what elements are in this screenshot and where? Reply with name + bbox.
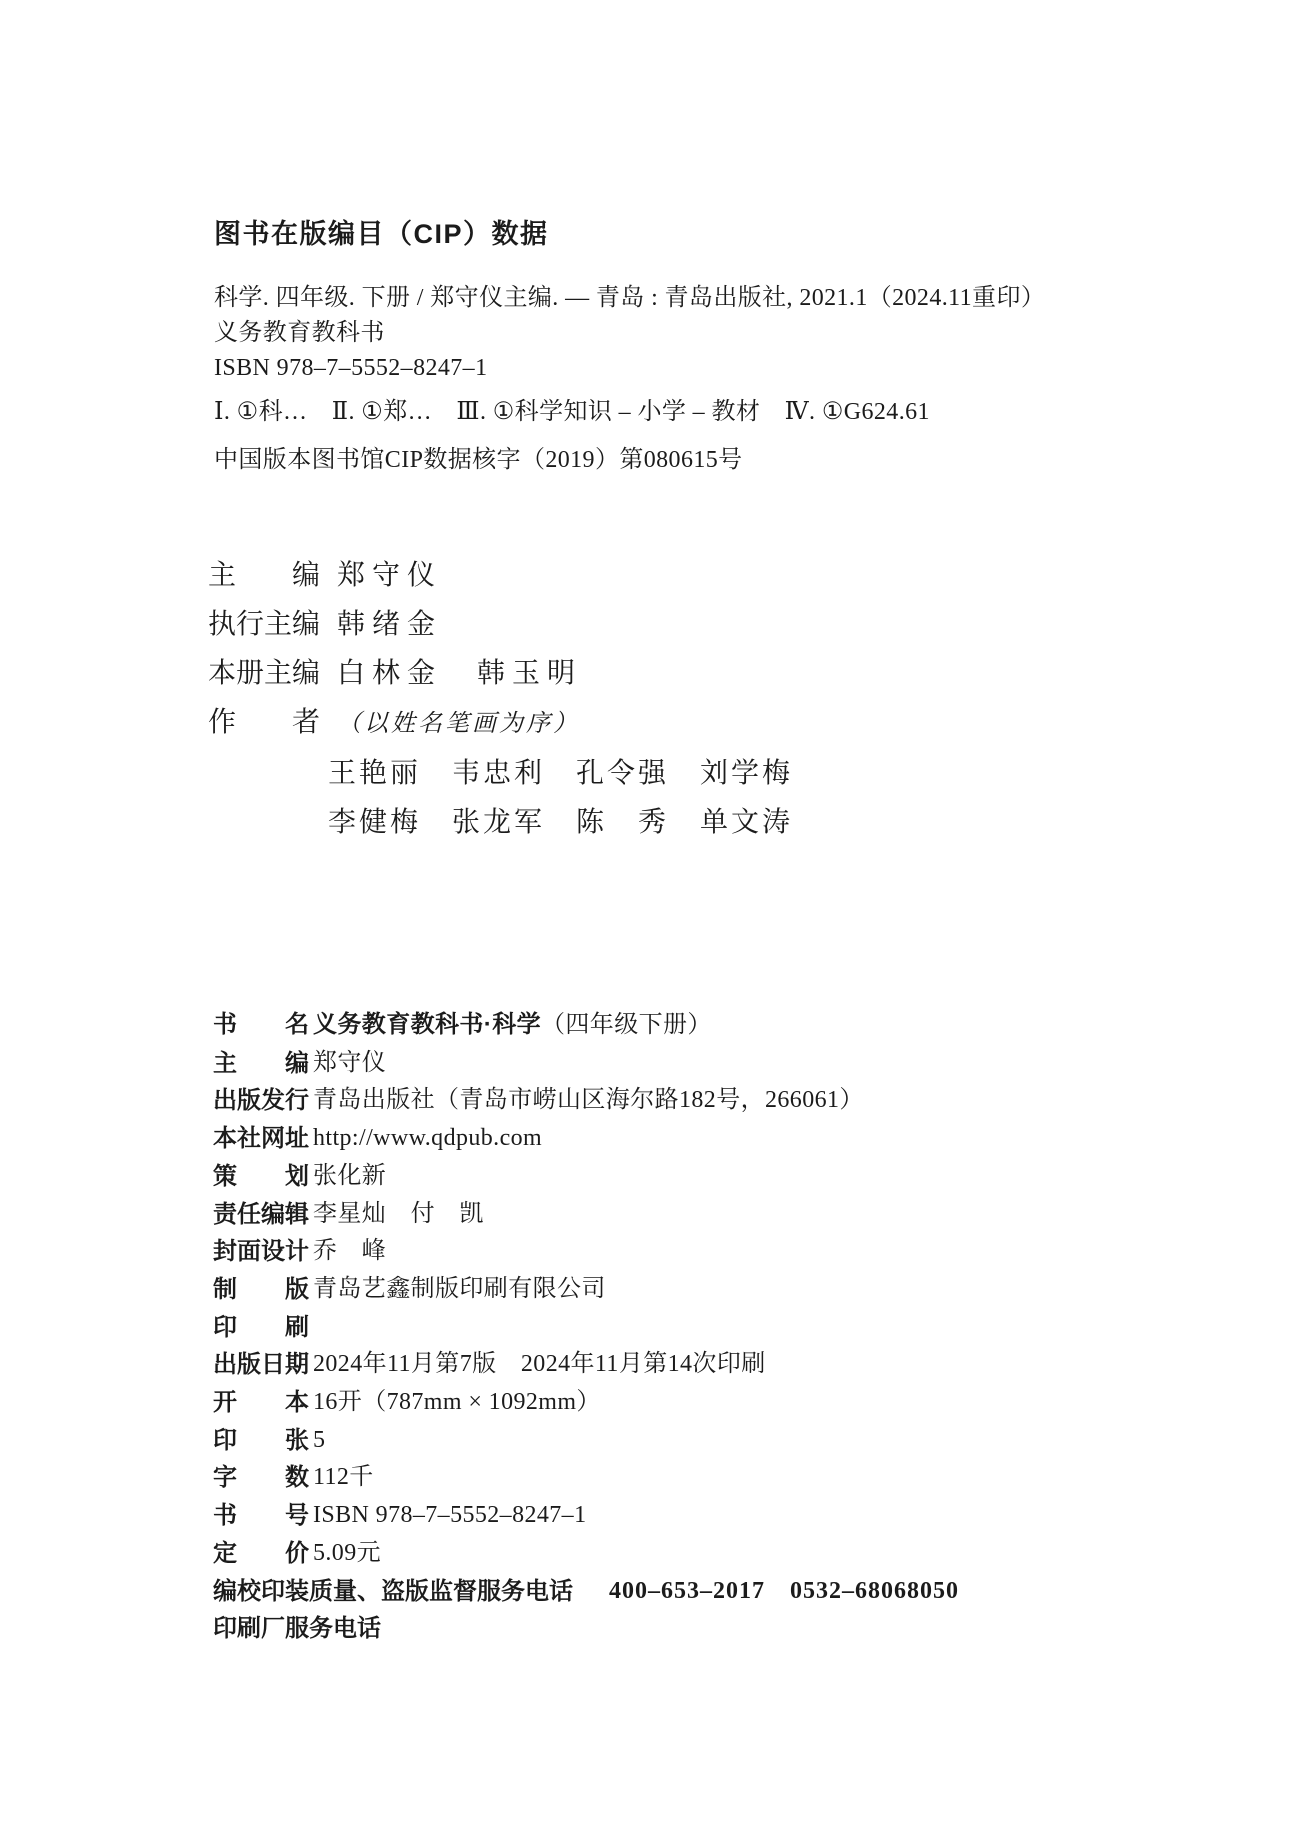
cip-line-description: 科学. 四年级. 下册 / 郑守仪主编. — 青岛 : 青岛出版社, 2021.… bbox=[214, 281, 1174, 316]
colophon-row-word-count: 字 数 112千 bbox=[213, 1459, 1213, 1497]
cip-line-series: 义务教育教科书 bbox=[214, 316, 1174, 351]
authors-order-note: （以姓名笔画为序） bbox=[337, 711, 580, 737]
editor-name: 韩绪金 bbox=[337, 609, 442, 640]
cip-title: 图书在版编目（CIP）数据 bbox=[214, 212, 1174, 251]
colophon-label: 印 刷 bbox=[213, 1309, 313, 1347]
cip-line-classification: Ⅰ. ①科… Ⅱ. ①郑… Ⅲ. ①科学知识 – 小学 – 教材 Ⅳ. ①G62… bbox=[214, 395, 1174, 430]
colophon-label: 主 编 bbox=[213, 1045, 313, 1083]
quality-hotline-row: 编校印装质量、盗版监督服务电话 400–653–2017 0532–680680… bbox=[213, 1573, 1213, 1611]
editor-row-volume: 本册主编 白林金 韩玉明 bbox=[208, 649, 1148, 698]
publisher-url: http://www.qdpub.com bbox=[313, 1120, 542, 1158]
cip-line-registration: 中国版本图书馆CIP数据核字（2019）第080615号 bbox=[214, 443, 1174, 478]
colophon-value: 郑守仪 bbox=[313, 1045, 386, 1083]
editor-role-label: 主 编 bbox=[208, 551, 330, 600]
editor-role-label: 执行主编 bbox=[208, 600, 330, 649]
editor-row-authors: 作 者 （以姓名笔画为序） bbox=[208, 698, 1148, 749]
colophon-row-cover-design: 封面设计 乔 峰 bbox=[213, 1233, 1213, 1271]
colophon-row-plate-making: 制 版 青岛艺鑫制版印刷有限公司 bbox=[213, 1271, 1213, 1309]
book-title-main: 义务教育教科书·科学 bbox=[313, 1011, 541, 1038]
colophon-row-planner: 策 划 张化新 bbox=[213, 1158, 1213, 1196]
colophon-section: 书 名 义务教育教科书·科学（四年级下册） 主 编 郑守仪 出版发行 青岛出版社… bbox=[213, 1006, 1213, 1648]
quality-hotline-label: 编校印装质量、盗版监督服务电话 bbox=[213, 1573, 573, 1611]
colophon-row-publisher: 出版发行 青岛出版社（青岛市崂山区海尔路182号，266061） bbox=[213, 1082, 1213, 1120]
colophon-label: 责任编辑 bbox=[213, 1196, 313, 1234]
colophon-row-format: 开 本 16开（787mm × 1092mm） bbox=[213, 1384, 1213, 1422]
colophon-row-sheets: 印 张 5 bbox=[213, 1422, 1213, 1460]
colophon-label: 书 名 bbox=[213, 1006, 313, 1045]
colophon-value: 16开（787mm × 1092mm） bbox=[313, 1384, 601, 1422]
colophon-row-chief-editor: 主 编 郑守仪 bbox=[213, 1045, 1213, 1083]
colophon-value: 5 bbox=[313, 1422, 325, 1460]
colophon-row-printing: 印 刷 bbox=[213, 1309, 1213, 1347]
editor-name: 白林金 韩玉明 bbox=[337, 658, 582, 689]
cip-line-isbn: ISBN 978–7–5552–8247–1 bbox=[214, 351, 1174, 386]
editor-role-label: 作 者 bbox=[208, 698, 330, 747]
editor-row-executive: 执行主编 韩绪金 bbox=[208, 600, 1148, 649]
editors-section: 主 编 郑守仪 执行主编 韩绪金 本册主编 白林金 韩玉明 作 者 （以姓名笔画… bbox=[208, 551, 1148, 847]
quality-hotline-numbers: 400–653–2017 0532–68068050 bbox=[609, 1573, 959, 1611]
colophon-label: 字 数 bbox=[213, 1459, 313, 1497]
colophon-value: 乔 峰 bbox=[313, 1233, 386, 1271]
colophon-label: 本社网址 bbox=[213, 1120, 313, 1158]
book-title-suffix: （四年级下册） bbox=[541, 1012, 712, 1038]
editor-name: 郑守仪 bbox=[337, 560, 442, 591]
cip-section: 图书在版编目（CIP）数据 科学. 四年级. 下册 / 郑守仪主编. — 青岛 … bbox=[214, 212, 1174, 478]
colophon-row-price: 定 价 5.09元 bbox=[213, 1535, 1213, 1573]
colophon-row-publish-date: 出版日期 2024年11月第7版 2024年11月第14次印刷 bbox=[213, 1346, 1213, 1384]
colophon-row-isbn: 书 号 ISBN 978–7–5552–8247–1 bbox=[213, 1497, 1213, 1535]
book-price: 5.09元 bbox=[313, 1535, 381, 1573]
colophon-value: 青岛艺鑫制版印刷有限公司 bbox=[313, 1271, 606, 1309]
colophon-value: 义务教育教科书·科学（四年级下册） bbox=[313, 1006, 712, 1045]
colophon-label: 出版日期 bbox=[213, 1346, 313, 1384]
book-isbn: ISBN 978–7–5552–8247–1 bbox=[313, 1497, 586, 1535]
colophon-label: 定 价 bbox=[213, 1535, 313, 1573]
colophon-label: 封面设计 bbox=[213, 1233, 313, 1271]
editor-role-label: 本册主编 bbox=[208, 649, 330, 698]
colophon-label: 策 划 bbox=[213, 1158, 313, 1196]
colophon-value: 112千 bbox=[313, 1459, 374, 1497]
colophon-label: 制 版 bbox=[213, 1271, 313, 1309]
colophon-value: 青岛出版社（青岛市崂山区海尔路182号，266061） bbox=[313, 1082, 864, 1120]
colophon-row-responsible-editors: 责任编辑 李星灿 付 凯 bbox=[213, 1196, 1213, 1234]
colophon-value: 2024年11月第7版 2024年11月第14次印刷 bbox=[313, 1346, 766, 1384]
colophon-label: 开 本 bbox=[213, 1384, 313, 1422]
editor-row-chief: 主 编 郑守仪 bbox=[208, 551, 1148, 600]
colophon-value: 张化新 bbox=[313, 1158, 386, 1196]
colophon-row-book-title: 书 名 义务教育教科书·科学（四年级下册） bbox=[213, 1006, 1213, 1045]
colophon-label: 印 张 bbox=[213, 1422, 313, 1460]
author-names-row: 王艳丽 韦忠利 孔令强 刘学梅 bbox=[208, 749, 1148, 798]
colophon-value: 李星灿 付 凯 bbox=[313, 1196, 484, 1234]
printer-hotline-label: 印刷厂服务电话 bbox=[213, 1610, 1213, 1648]
author-names-row: 李健梅 张龙军 陈 秀 单文涛 bbox=[208, 798, 1148, 847]
colophon-row-website: 本社网址 http://www.qdpub.com bbox=[213, 1120, 1213, 1158]
colophon-label: 出版发行 bbox=[213, 1082, 313, 1120]
colophon-label: 书 号 bbox=[213, 1497, 313, 1535]
